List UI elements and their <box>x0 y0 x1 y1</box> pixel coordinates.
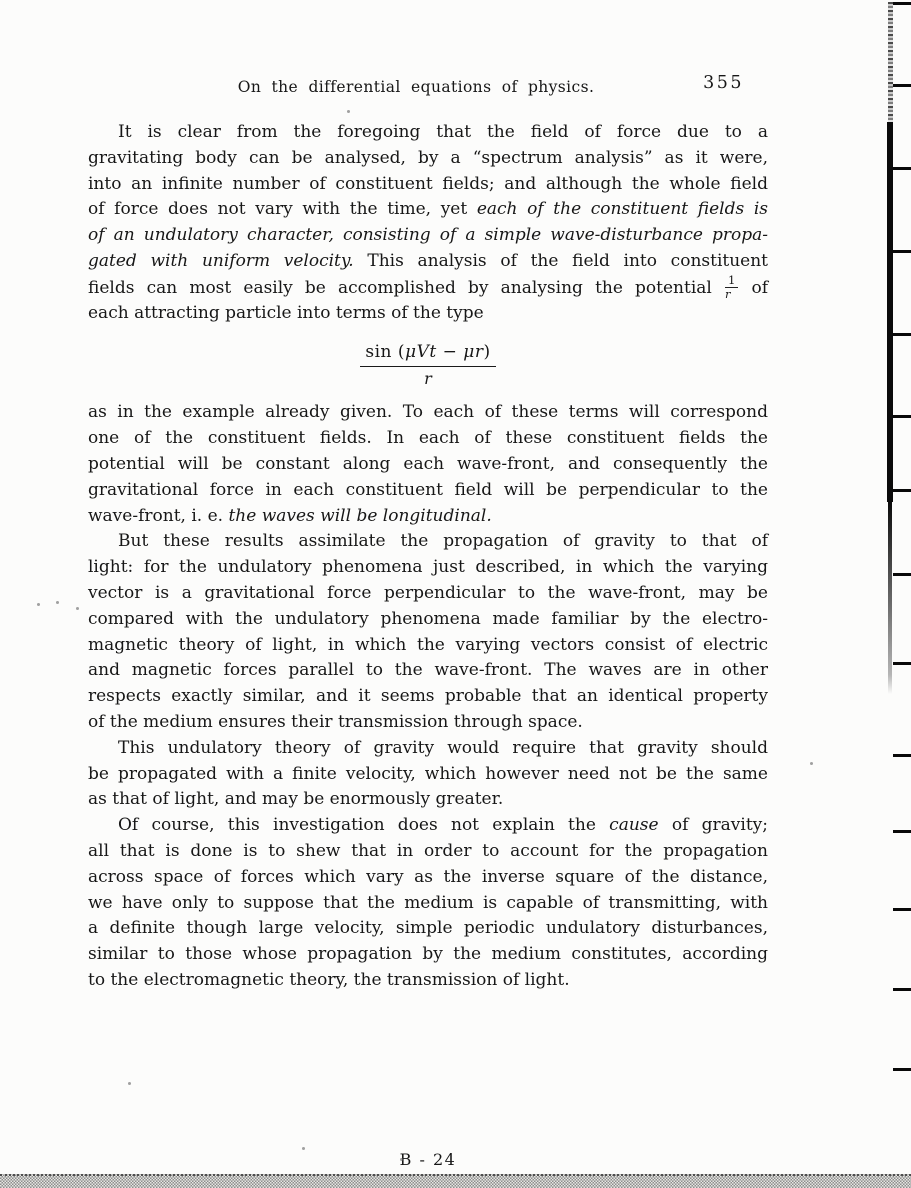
scan-edge-tick <box>893 754 911 757</box>
scan-edge-tick <box>893 2 911 5</box>
ink-speck <box>347 110 350 113</box>
text-line: vector is a gravitational force perpendi… <box>88 581 768 607</box>
text-line: gated with uniform velocity. This analys… <box>88 249 768 275</box>
paragraphs: It is clear from the foregoing that the … <box>88 120 768 994</box>
text-column: On the differential equations of physics… <box>88 78 768 994</box>
footer-signature-mark: B - 24 <box>88 1150 768 1169</box>
text-line: It is clear from the foregoing that the … <box>88 120 768 146</box>
scan-edge-strip-mid <box>887 122 893 502</box>
formula-fraction: sin (μVt − μr)r <box>360 342 495 388</box>
scan-edge-tick <box>893 333 911 336</box>
paragraph: as in the example already given. To each… <box>88 400 768 529</box>
paragraph: Of course, this investigation does not e… <box>88 813 768 994</box>
scan-edge-strip-bottom <box>888 502 892 694</box>
ink-speck <box>558 877 561 880</box>
scan-edge-tick <box>893 1068 911 1071</box>
text-line: gravitational force in each constituent … <box>88 478 768 504</box>
text-line: wave-front, i. e. the waves will be long… <box>88 504 768 530</box>
text-line: as in the example already given. To each… <box>88 400 768 426</box>
running-head-title: On the differential equations of physics… <box>76 78 756 96</box>
scan-edge-tick <box>893 988 911 991</box>
text-line: of an undulatory character, consisting o… <box>88 223 768 249</box>
page-header: On the differential equations of physics… <box>88 78 768 120</box>
formula-denominator: r <box>360 367 495 388</box>
scan-edge-tick <box>893 84 911 87</box>
scan-edge-tick <box>893 415 911 418</box>
ink-speck <box>810 762 813 765</box>
scan-edge-tick <box>893 573 911 576</box>
formula-numerator: sin (μVt − μr) <box>360 342 495 367</box>
paragraph: But these results assimilate the propaga… <box>88 529 768 735</box>
inline-fraction: 1r <box>725 275 738 301</box>
text-line: as that of light, and may be enormously … <box>88 787 768 813</box>
text-line: a definite though large velocity, simple… <box>88 916 768 942</box>
ink-speck <box>56 601 59 604</box>
text-line: light: for the undulatory phenomena just… <box>88 555 768 581</box>
ink-speck <box>37 603 40 606</box>
text-line: compared with the undulatory phenomena m… <box>88 607 768 633</box>
ink-speck <box>400 1158 403 1161</box>
scan-noise-band <box>0 1174 911 1188</box>
text-line: of the medium ensures their transmission… <box>88 710 768 736</box>
text-line: gravitating body can be analysed, by a “… <box>88 146 768 172</box>
text-line: to the electromagnetic theory, the trans… <box>88 968 768 994</box>
paragraph: It is clear from the foregoing that the … <box>88 120 768 326</box>
scan-edge-tick <box>893 662 911 665</box>
text-line: But these results assimilate the propaga… <box>88 529 768 555</box>
scan-edge-tick <box>893 167 911 170</box>
text-line: each attracting particle into terms of t… <box>88 301 768 327</box>
text-line: magnetic theory of light, in which the v… <box>88 633 768 659</box>
scan-edge-tick <box>893 830 911 833</box>
gravitational-potential-formula: sin (μVt − μr)r <box>88 342 768 394</box>
text-line: of force does not vary with the time, ye… <box>88 197 768 223</box>
text-line: we have only to suppose that the medium … <box>88 891 768 917</box>
text-line: into an infinite number of constituent f… <box>88 172 768 198</box>
text-line: Of course, this investigation does not e… <box>88 813 768 839</box>
text-line: fields can most easily be accomplished b… <box>88 275 768 301</box>
ink-speck <box>128 1082 131 1085</box>
text-line: respects exactly similar, and it seems p… <box>88 684 768 710</box>
paragraph: This undulatory theory of gravity would … <box>88 736 768 813</box>
page-number: 355 <box>703 73 744 93</box>
text-line: and magnetic forces parallel to the wave… <box>88 658 768 684</box>
text-line: similar to those whose propagation by th… <box>88 942 768 968</box>
ink-speck <box>76 607 79 610</box>
text-line: be propagated with a finite velocity, wh… <box>88 762 768 788</box>
text-line: potential will be constant along each wa… <box>88 452 768 478</box>
text-line: This undulatory theory of gravity would … <box>88 736 768 762</box>
scan-edge-tick <box>893 250 911 253</box>
scanned-paper-page: On the differential equations of physics… <box>0 0 911 1188</box>
ink-speck <box>302 1147 305 1150</box>
text-line: across space of forces which vary as the… <box>88 865 768 891</box>
text-line: all that is done is to shew that in orde… <box>88 839 768 865</box>
scan-edge-tick <box>893 908 911 911</box>
scan-edge-strip-top <box>888 2 893 124</box>
text-line: one of the constituent fields. In each o… <box>88 426 768 452</box>
scan-edge-tick <box>893 489 911 492</box>
